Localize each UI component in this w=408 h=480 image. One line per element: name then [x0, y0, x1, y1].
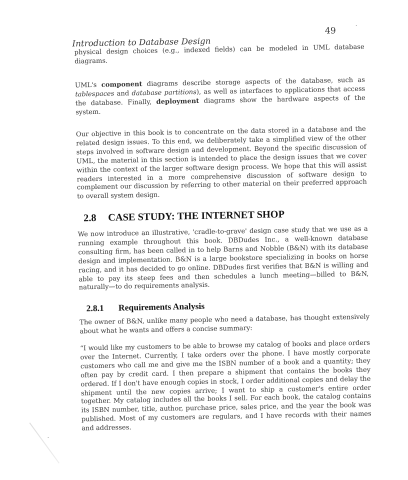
- term-database-partitions: database partitions: [132, 88, 197, 97]
- paragraph-owner-quote: “I would like my customers to be able to…: [80, 339, 372, 434]
- subsection-number: 2.8.1: [86, 303, 116, 314]
- scan-speck: [48, 437, 49, 438]
- page-number: 49: [325, 26, 336, 36]
- paragraph-objective: Our objective in this book is to concent…: [76, 125, 367, 202]
- term-component: component: [101, 80, 142, 89]
- section-number: 2.8: [83, 213, 105, 224]
- paragraph-owner-summary: The owner of B&N, unlike many people who…: [79, 313, 369, 336]
- paragraph-case-study-intro: We now introduce an illustrative, 'cradl…: [78, 225, 369, 293]
- scan-speck: [356, 25, 357, 26]
- term-deployment: deployment: [156, 97, 199, 106]
- term-tablespaces: tablespaces: [75, 90, 114, 99]
- paper-fold-mark: [29, 423, 59, 464]
- scanned-page: Introduction to Database Design 49 physi…: [0, 0, 408, 480]
- subsection-title: Requirements Analysis: [118, 301, 204, 313]
- section-title: CASE STUDY: THE INTERNET SHOP: [108, 209, 285, 223]
- paragraph-uml-components: UML's component diagrams describe storag…: [75, 76, 366, 117]
- section-heading: 2.8 CASE STUDY: THE INTERNET SHOP: [83, 209, 284, 224]
- subsection-heading: 2.8.1 Requirements Analysis: [86, 301, 204, 313]
